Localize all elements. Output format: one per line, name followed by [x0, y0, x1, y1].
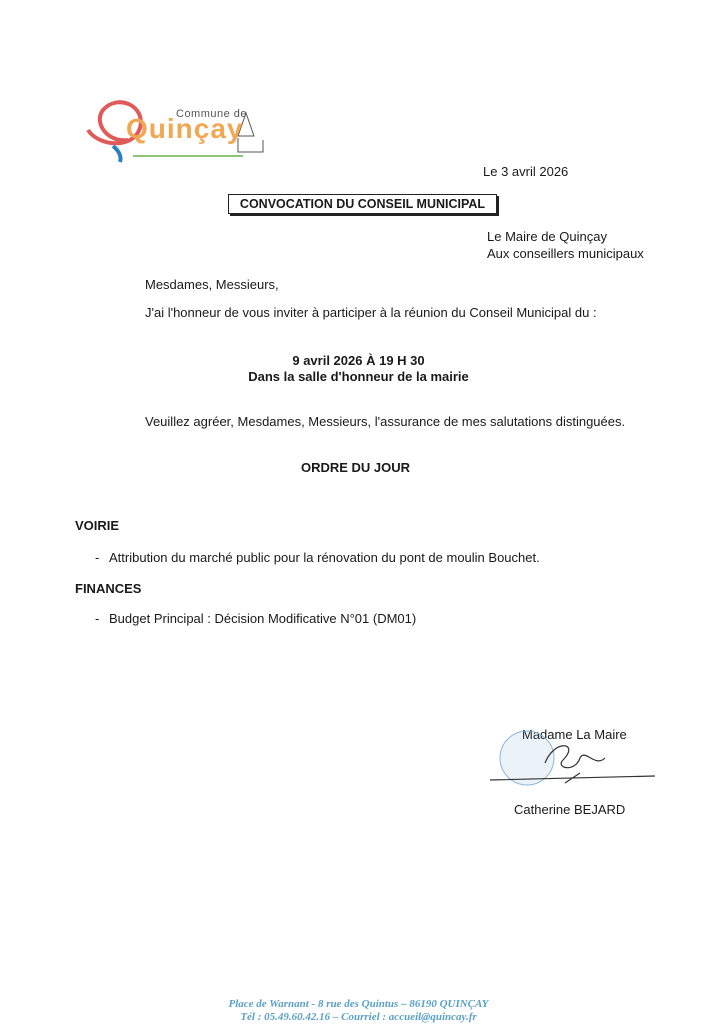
section-finances: FINANCES [75, 581, 141, 596]
logo-name: Quinçay [126, 113, 243, 145]
agenda-title: ORDRE DU JOUR [0, 460, 714, 475]
footer-address: Place de Warnant - 8 rue des Quintus – 8… [0, 998, 717, 1011]
recipient-block: Le Maire de Quinçay Aux conseillers muni… [487, 228, 644, 262]
letter-date: Le 3 avril 2026 [483, 164, 568, 179]
meeting-place: Dans la salle d'honneur de la mairie [0, 369, 717, 384]
agenda-item: -Attribution du marché public pour la ré… [95, 550, 540, 565]
footer-contact: Tél : 05.49.60.42.16 – Courriel : accuei… [0, 1011, 717, 1024]
recipient-line: Aux conseillers municipaux [487, 245, 644, 262]
greeting: Mesdames, Messieurs, [145, 277, 279, 292]
section-voirie: VOIRIE [75, 518, 119, 533]
agenda-item: -Budget Principal : Décision Modificativ… [95, 611, 416, 626]
invitation-text: J'ai l'honneur de vous inviter à partici… [145, 305, 597, 320]
meeting-date: 9 avril 2026 À 19 H 30 [0, 353, 717, 368]
document-title: CONVOCATION DU CONSEIL MUNICIPAL [228, 194, 497, 214]
closing-text: Veuillez agréer, Mesdames, Messieurs, l'… [145, 414, 625, 429]
sender-line: Le Maire de Quinçay [487, 228, 644, 245]
signature-stamp-icon [485, 728, 675, 798]
signature-name: Catherine BEJARD [514, 802, 625, 817]
commune-logo: Commune de Quinçay [78, 88, 268, 163]
